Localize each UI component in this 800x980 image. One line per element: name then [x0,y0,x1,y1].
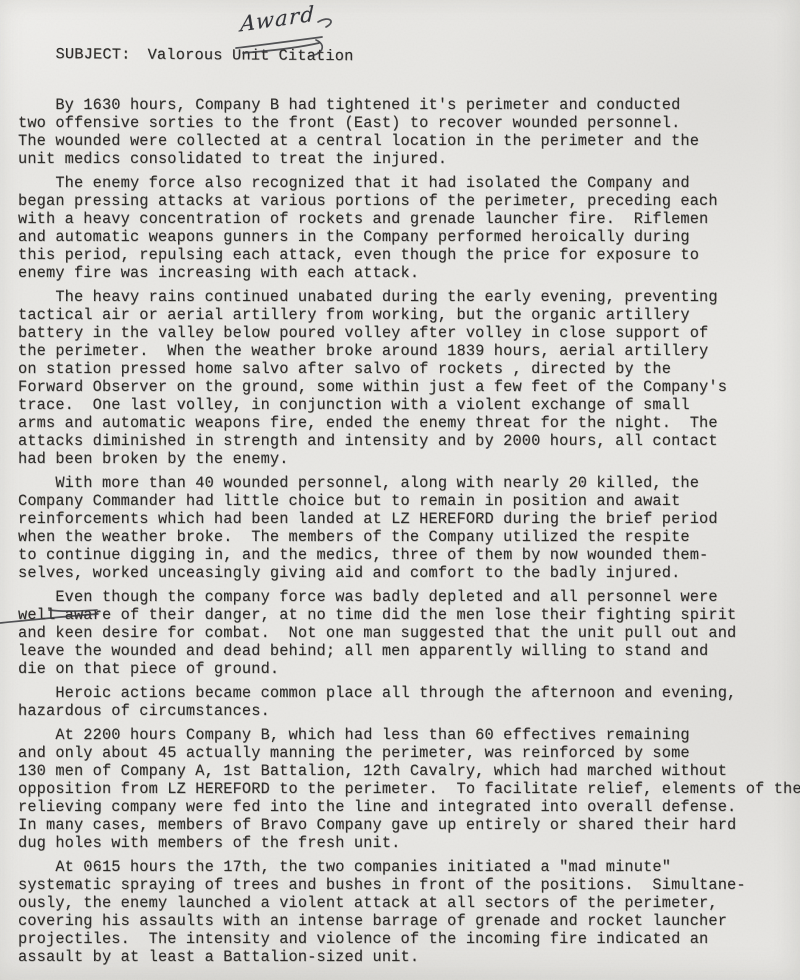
paragraph-8: At 0615 hours the 17th, the two companie… [18,858,796,966]
paragraph-2: The enemy force also recognized that it … [18,174,796,282]
award-flourish [318,19,331,27]
paragraph-1: By 1630 hours, Company B had tightened i… [18,96,796,168]
subject-line: SUBJECT:Valorous UnitCitation [18,27,354,83]
paragraph-7: At 2200 hours Company B, which had less … [18,726,796,852]
scanned-document-page: SUBJECT:Valorous UnitCitation Award By 1… [0,0,800,980]
subject-struck-word: Citation [278,47,353,66]
document-body: By 1630 hours, Company B had tightened i… [18,96,796,972]
paragraph-4: With more than 40 wounded personnel, alo… [18,474,796,582]
subject-title: Valorous Unit [148,46,270,65]
subject-label: SUBJECT: [55,45,130,64]
paragraph-6: Heroic actions became common place all t… [18,684,796,720]
paragraph-5: Even though the company force was badly … [18,588,796,678]
paragraph-3: The heavy rains continued unabated durin… [18,288,796,468]
